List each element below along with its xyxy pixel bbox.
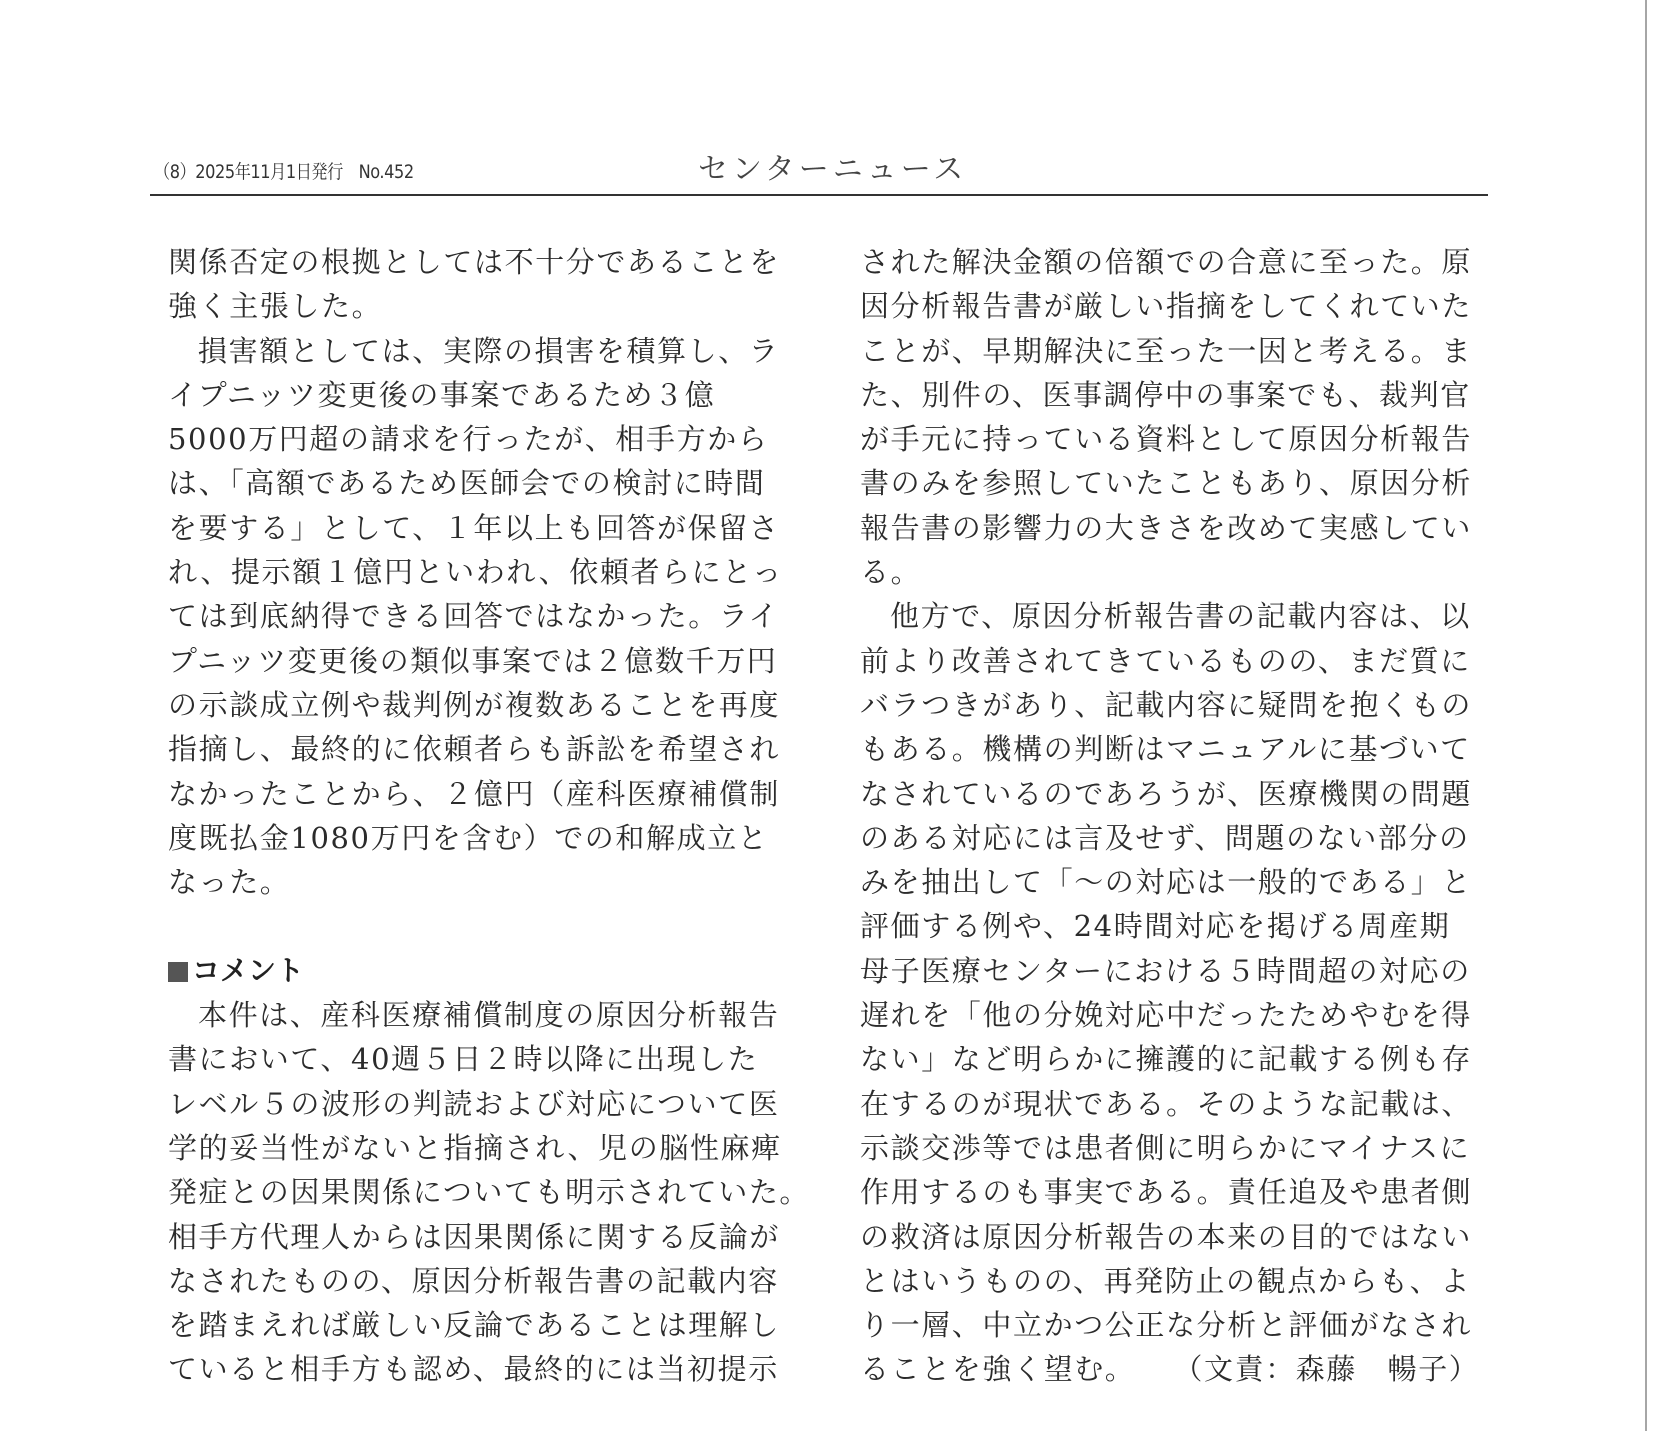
text-line-with-credit: ることを強く望む。（文責：森藤 暢子） (860, 1347, 1480, 1391)
text-line: ては到底納得できる回答ではなかった。ライ (168, 594, 788, 638)
text-line: なされているのであろうが、医療機関の問題 (860, 772, 1480, 816)
text-line: の示談成立例や裁判例が複数あることを再度 (168, 683, 788, 727)
text-line: 前より改善されてきているものの、まだ質に (860, 639, 1480, 683)
text-line: れ、提示額１億円といわれ、依頼者らにとっ (168, 550, 788, 594)
section-heading-label: コメント (192, 954, 304, 987)
text-line: プニッツ変更後の類似事案では２億数千万円 (168, 639, 788, 683)
text-fragment: ることを強く望む。 (860, 1352, 1135, 1386)
text-line: もある。機構の判断はマニュアルに基づいて (860, 727, 1480, 771)
text-line: ない」など明らかに擁護的に記載する例も存 (860, 1037, 1480, 1081)
text-line: なった。 (168, 860, 788, 904)
text-line: 5000万円超の請求を行ったが、相手方から (168, 417, 788, 461)
header-divider (150, 194, 1488, 196)
paragraph-gap (168, 904, 788, 948)
text-line: 相手方代理人からは因果関係に関する反論が (168, 1215, 788, 1259)
text-line: 学的妥当性がないと指摘され、児の脳性麻痺 (168, 1126, 788, 1170)
scan-edge-divider (1645, 0, 1647, 1431)
text-line: 書のみを参照していたこともあり、原因分析 (860, 461, 1480, 505)
left-column: 関係否定の根拠としては不十分であることを 強く主張した。 損害額としては、実際の… (168, 240, 788, 1392)
text-line: は、「高額であるため医師会での検討に時間 (168, 461, 788, 505)
text-line: 報告書の影響力の大きさを改めて実感してい (860, 506, 1480, 550)
text-line: 因分析報告書が厳しい指摘をしてくれていた (860, 284, 1480, 328)
page-header: （8）2025年11月1日発行 No.452 センターニュース (150, 148, 1488, 196)
text-line: 書において、40週５日２時以降に出現した (168, 1037, 788, 1081)
text-line: なされたものの、原因分析報告書の記載内容 (168, 1259, 788, 1303)
text-line: とはいうものの、再発防止の観点からも、よ (860, 1259, 1480, 1303)
text-line: 強く主張した。 (168, 284, 788, 328)
text-line: みを抽出して「～の対応は一般的である」と (860, 860, 1480, 904)
text-line: ていると相手方も認め、最終的には当初提示 (168, 1347, 788, 1391)
text-line: レベル５の波形の判読および対応について医 (168, 1082, 788, 1126)
issue-info: （8）2025年11月1日発行 No.452 (154, 157, 414, 184)
text-line: 度既払金1080万円を含む）での和解成立と (168, 816, 788, 860)
text-line: 関係否定の根拠としては不十分であることを (168, 240, 788, 284)
text-line: た、別件の、医事調停中の事案でも、裁判官 (860, 373, 1480, 417)
text-line: イプニッツ変更後の事案であるため３億 (168, 373, 788, 417)
square-bullet-icon (168, 962, 188, 982)
text-line: の救済は原因分析報告の本来の目的ではない (860, 1215, 1480, 1259)
text-line: り一層、中立かつ公正な分析と評価がなされ (860, 1303, 1480, 1347)
text-line: 指摘し、最終的に依頼者らも訴訟を希望され (168, 727, 788, 771)
text-line: を踏まえれば厳しい反論であることは理解し (168, 1303, 788, 1347)
text-line: 本件は、産科医療補償制度の原因分析報告 (168, 993, 788, 1037)
text-line: のある対応には言及せず、問題のない部分の (860, 816, 1480, 860)
text-line: が手元に持っている資料として原因分析報告 (860, 417, 1480, 461)
text-line: 母子医療センターにおける５時間超の対応の (860, 949, 1480, 993)
text-line: 損害額としては、実際の損害を積算し、ラ (168, 329, 788, 373)
text-line: 示談交渉等では患者側に明らかにマイナスに (860, 1126, 1480, 1170)
right-column: された解決金額の倍額での合意に至った。原 因分析報告書が厳しい指摘をしてくれてい… (860, 240, 1480, 1392)
section-heading: コメント (168, 949, 788, 993)
text-line: 発症との因果関係についても明示されていた。 (168, 1170, 788, 1214)
text-line: 作用するのも事実である。責任追及や患者側 (860, 1170, 1480, 1214)
text-line: 在するのが現状である。そのような記載は、 (860, 1082, 1480, 1126)
text-line: 他方で、原因分析報告書の記載内容は、以 (860, 594, 1480, 638)
publication-title: センターニュース (698, 144, 967, 188)
text-line: ことが、早期解決に至った一因と考える。ま (860, 329, 1480, 373)
text-line: る。 (860, 550, 1480, 594)
text-line: 遅れを「他の分娩対応中だったためやむを得 (860, 993, 1480, 1037)
author-credit: （文責：森藤 暢子） (1173, 1347, 1479, 1391)
text-line: バラつきがあり、記載内容に疑問を抱くもの (860, 683, 1480, 727)
text-line: 評価する例や、24時間対応を掲げる周産期 (860, 904, 1480, 948)
text-line: なかったことから、２億円（産科医療補償制 (168, 772, 788, 816)
text-line: された解決金額の倍額での合意に至った。原 (860, 240, 1480, 284)
text-line: を要する」として、１年以上も回答が保留さ (168, 506, 788, 550)
newsletter-page: （8）2025年11月1日発行 No.452 センターニュース 関係否定の根拠と… (0, 0, 1653, 1431)
